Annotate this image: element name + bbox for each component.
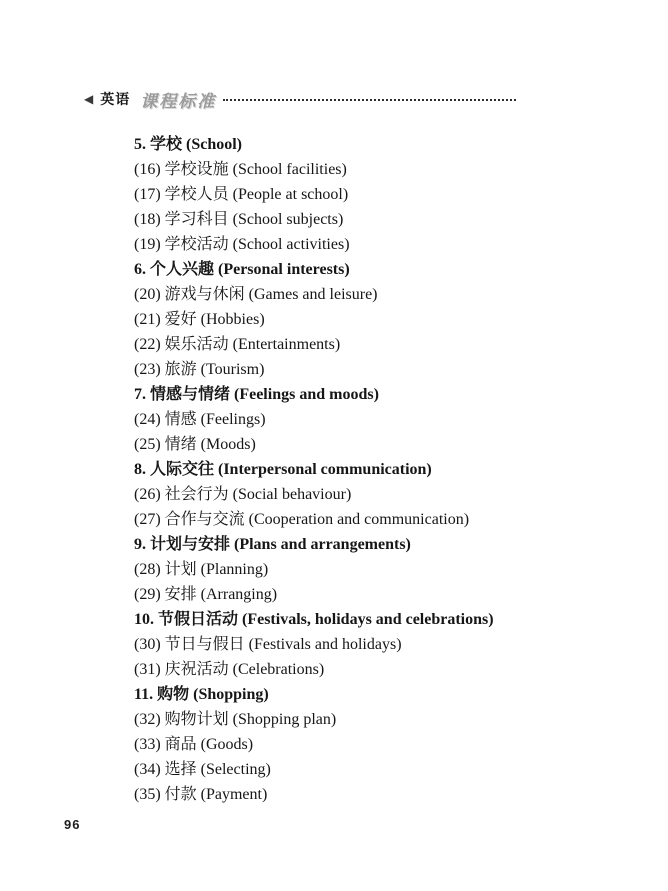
topic-entry: (31) 庆祝活动 (Celebrations) bbox=[134, 657, 494, 682]
page-footer: 96 bbox=[64, 816, 80, 834]
topic-entry: (16) 学校设施 (School facilities) bbox=[134, 157, 494, 182]
topic-entry: (27) 合作与交流 (Cooperation and communicatio… bbox=[134, 507, 494, 532]
topic-entry: (19) 学校活动 (School activities) bbox=[134, 232, 494, 257]
left-triangle-icon: ◀ bbox=[84, 93, 93, 105]
page-number: 96 bbox=[64, 817, 80, 832]
topic-entry: (34) 选择 (Selecting) bbox=[134, 757, 494, 782]
topic-entry: (30) 节日与假日 (Festivals and holidays) bbox=[134, 632, 494, 657]
topic-entry: (21) 爱好 (Hobbies) bbox=[134, 307, 494, 332]
topic-entry: (32) 购物计划 (Shopping plan) bbox=[134, 707, 494, 732]
header-book-title: 英语 bbox=[100, 89, 130, 109]
topic-entry: (18) 学习科目 (School subjects) bbox=[134, 207, 494, 232]
topic-section-heading: 9. 计划与安排 (Plans and arrangements) bbox=[134, 532, 494, 557]
topic-entry: (17) 学校人员 (People at school) bbox=[134, 182, 494, 207]
topic-section-heading: 8. 人际交往 (Interpersonal communication) bbox=[134, 457, 494, 482]
topic-entry: (22) 娱乐活动 (Entertainments) bbox=[134, 332, 494, 357]
topic-entry: (26) 社会行为 (Social behaviour) bbox=[134, 482, 494, 507]
topic-section-heading: 6. 个人兴趣 (Personal interests) bbox=[134, 257, 494, 282]
running-head: ◀ 英语 课程标准 bbox=[84, 88, 516, 110]
header-dotted-rule bbox=[223, 99, 516, 101]
topic-entry: (29) 安排 (Arranging) bbox=[134, 582, 494, 607]
topic-section-heading: 10. 节假日活动 (Festivals, holidays and celeb… bbox=[134, 607, 494, 632]
topic-entry: (33) 商品 (Goods) bbox=[134, 732, 494, 757]
topic-entry: (25) 情绪 (Moods) bbox=[134, 432, 494, 457]
topic-section-heading: 5. 学校 (School) bbox=[134, 132, 494, 157]
topic-entry: (20) 游戏与休闲 (Games and leisure) bbox=[134, 282, 494, 307]
topic-entry: (24) 情感 (Feelings) bbox=[134, 407, 494, 432]
topic-entry: (35) 付款 (Payment) bbox=[134, 782, 494, 807]
topic-entry: (28) 计划 (Planning) bbox=[134, 557, 494, 582]
topic-section-heading: 11. 购物 (Shopping) bbox=[134, 682, 494, 707]
topic-section-heading: 7. 情感与情绪 (Feelings and moods) bbox=[134, 382, 494, 407]
book-page: ◀ 英语 课程标准 5. 学校 (School) (16) 学校设施 (Scho… bbox=[0, 0, 668, 891]
topic-entry: (23) 旅游 (Tourism) bbox=[134, 357, 494, 382]
topic-list: 5. 学校 (School) (16) 学校设施 (School facilit… bbox=[134, 132, 494, 807]
header-series-title: 课程标准 bbox=[140, 87, 216, 112]
